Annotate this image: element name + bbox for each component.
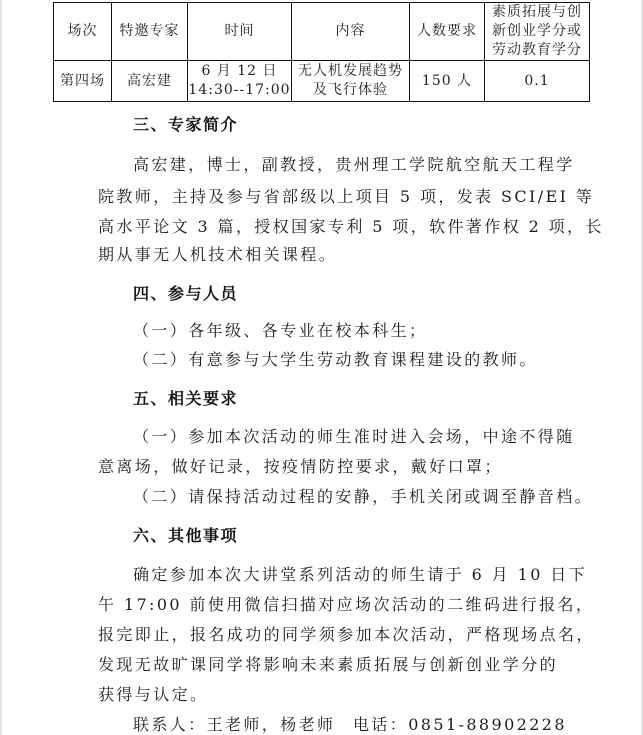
- contact-people: 联系人：王老师，杨老师: [133, 712, 335, 735]
- paragraph-line: 期从事无人机技术相关课程。: [98, 242, 337, 265]
- cell-session: 第四场: [54, 61, 112, 102]
- cell-time: 6 月 12 日 14:30--17:00: [188, 61, 292, 102]
- table-header-row: 场次 特邀专家 时间 内容 人数要求 素质拓展与创 新创业学分或 劳动教育学分: [54, 3, 590, 61]
- header-content: 内容: [292, 3, 410, 61]
- header-credit: 素质拓展与创 新创业学分或 劳动教育学分: [485, 3, 590, 61]
- section-heading-other-matters: 六、其他事项: [133, 523, 238, 546]
- section-heading-requirements: 五、相关要求: [133, 386, 238, 409]
- list-item: （一）各年级、各专业在校本科生；: [133, 318, 427, 341]
- list-item: （二）有意参与大学生劳动教育课程建设的教师。: [133, 347, 538, 370]
- schedule-table: 场次 特邀专家 时间 内容 人数要求 素质拓展与创 新创业学分或 劳动教育学分 …: [53, 2, 590, 102]
- list-item: （二）请保持活动过程的安静，手机关闭或调至静音档。: [133, 484, 593, 507]
- header-expert: 特邀专家: [112, 3, 188, 61]
- cell-expert: 高宏建: [112, 61, 188, 102]
- list-item: （一）参加本次活动的师生准时进入会场，中途不得随: [133, 424, 575, 447]
- paragraph-line: 获得与认定。: [98, 682, 208, 705]
- paragraph-line: 高宏建，博士，副教授，贵州理工学院航空航天工程学: [133, 152, 575, 175]
- header-time: 时间: [188, 3, 292, 61]
- cell-capacity: 150 人: [410, 61, 485, 102]
- paragraph-line: 报完即止，报名成功的同学须参加本次活动，严格现场点名，: [98, 622, 595, 645]
- cell-content: 无人机发展趋势 及飞行体验: [292, 61, 410, 102]
- paragraph-line: 午 17:00 前使用微信扫描对应场次活动的二维码进行报名，: [98, 592, 594, 615]
- list-item-continued: 意离场，做好记录，按疫情防控要求，戴好口罩；: [98, 454, 503, 477]
- table-row: 第四场 高宏建 6 月 12 日 14:30--17:00 无人机发展趋势 及飞…: [54, 61, 590, 102]
- contact-phone: 电话：0851-88902228: [353, 712, 567, 735]
- paragraph-line: 确定参加本次大讲堂系列活动的师生请于 6 月 10 日下: [133, 562, 587, 585]
- section-heading-participants: 四、参与人员: [133, 281, 238, 304]
- section-heading-expert-intro: 三、专家简介: [133, 112, 238, 135]
- paragraph-line: 高水平论文 3 篇，授权国家专利 5 项，软件著作权 2 项，长: [98, 214, 604, 237]
- cell-credit: 0.1: [485, 61, 590, 102]
- paragraph-line: 院教师，主持及参与省部级以上项目 5 项，发表 SCI/EI 等: [98, 184, 594, 207]
- header-capacity: 人数要求: [410, 3, 485, 61]
- paragraph-line: 发现无故旷课同学将影响未来素质拓展与创新创业学分的: [98, 652, 558, 675]
- header-session: 场次: [54, 3, 112, 61]
